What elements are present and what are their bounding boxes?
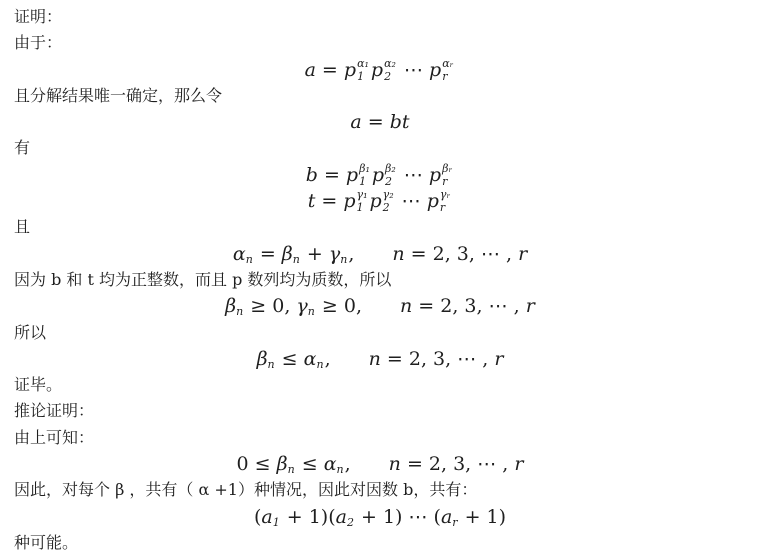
- since-label: 由于：: [14, 30, 746, 56]
- formula-beta-le-alpha: βn ≤ αn,n = 2, 3, ⋯ , r: [14, 346, 746, 372]
- formula-alpha-sum: αn = βn + γn,n = 2, 3, ⋯ , r: [14, 241, 746, 267]
- text-b-t-positive: 因为 b 和 t 均为正整数，而且 p 数列均为质数，所以: [14, 267, 746, 293]
- document-page: 证明： 由于： a = pα₁1pα₂2 ⋯ pαᵣr 且分解结果唯一确定，那么…: [0, 0, 760, 558]
- formula-divisor-count: (a1 + 1)(a2 + 1) ⋯ (ar + 1): [14, 504, 746, 530]
- text-from-above: 由上可知：: [14, 425, 746, 451]
- text-possibilities: 种可能。: [14, 530, 746, 556]
- proof-label: 证明：: [14, 4, 746, 30]
- text-count-cases: 因此，对每个 β ，共有（ α +1）种情况，因此对因数 b，共有：: [14, 477, 746, 503]
- text-have: 有: [14, 135, 746, 161]
- text-unique-decomposition: 且分解结果唯一确定，那么令: [14, 83, 746, 109]
- formula-a-equals-bt: a = bt: [14, 109, 746, 135]
- formula-zero-le-beta-le-alpha: 0 ≤ βn ≤ αn,n = 2, 3, ⋯ , r: [14, 451, 746, 477]
- text-and: 且: [14, 214, 746, 240]
- corollary-proof-label: 推论证明：: [14, 398, 746, 424]
- text-therefore: 所以: [14, 320, 746, 346]
- formula-factorization-t: t = pγ₁1pγ₂2 ⋯ pγᵣr: [14, 188, 746, 214]
- formula-factorization-a: a = pα₁1pα₂2 ⋯ pαᵣr: [14, 57, 746, 83]
- formula-beta-gamma-nonnegative: βn ≥ 0, γn ≥ 0,n = 2, 3, ⋯ , r: [14, 293, 746, 319]
- text-qed: 证毕。: [14, 372, 746, 398]
- formula-factorization-b: b = pβ₁1pβ₂2 ⋯ pβᵣr: [14, 162, 746, 188]
